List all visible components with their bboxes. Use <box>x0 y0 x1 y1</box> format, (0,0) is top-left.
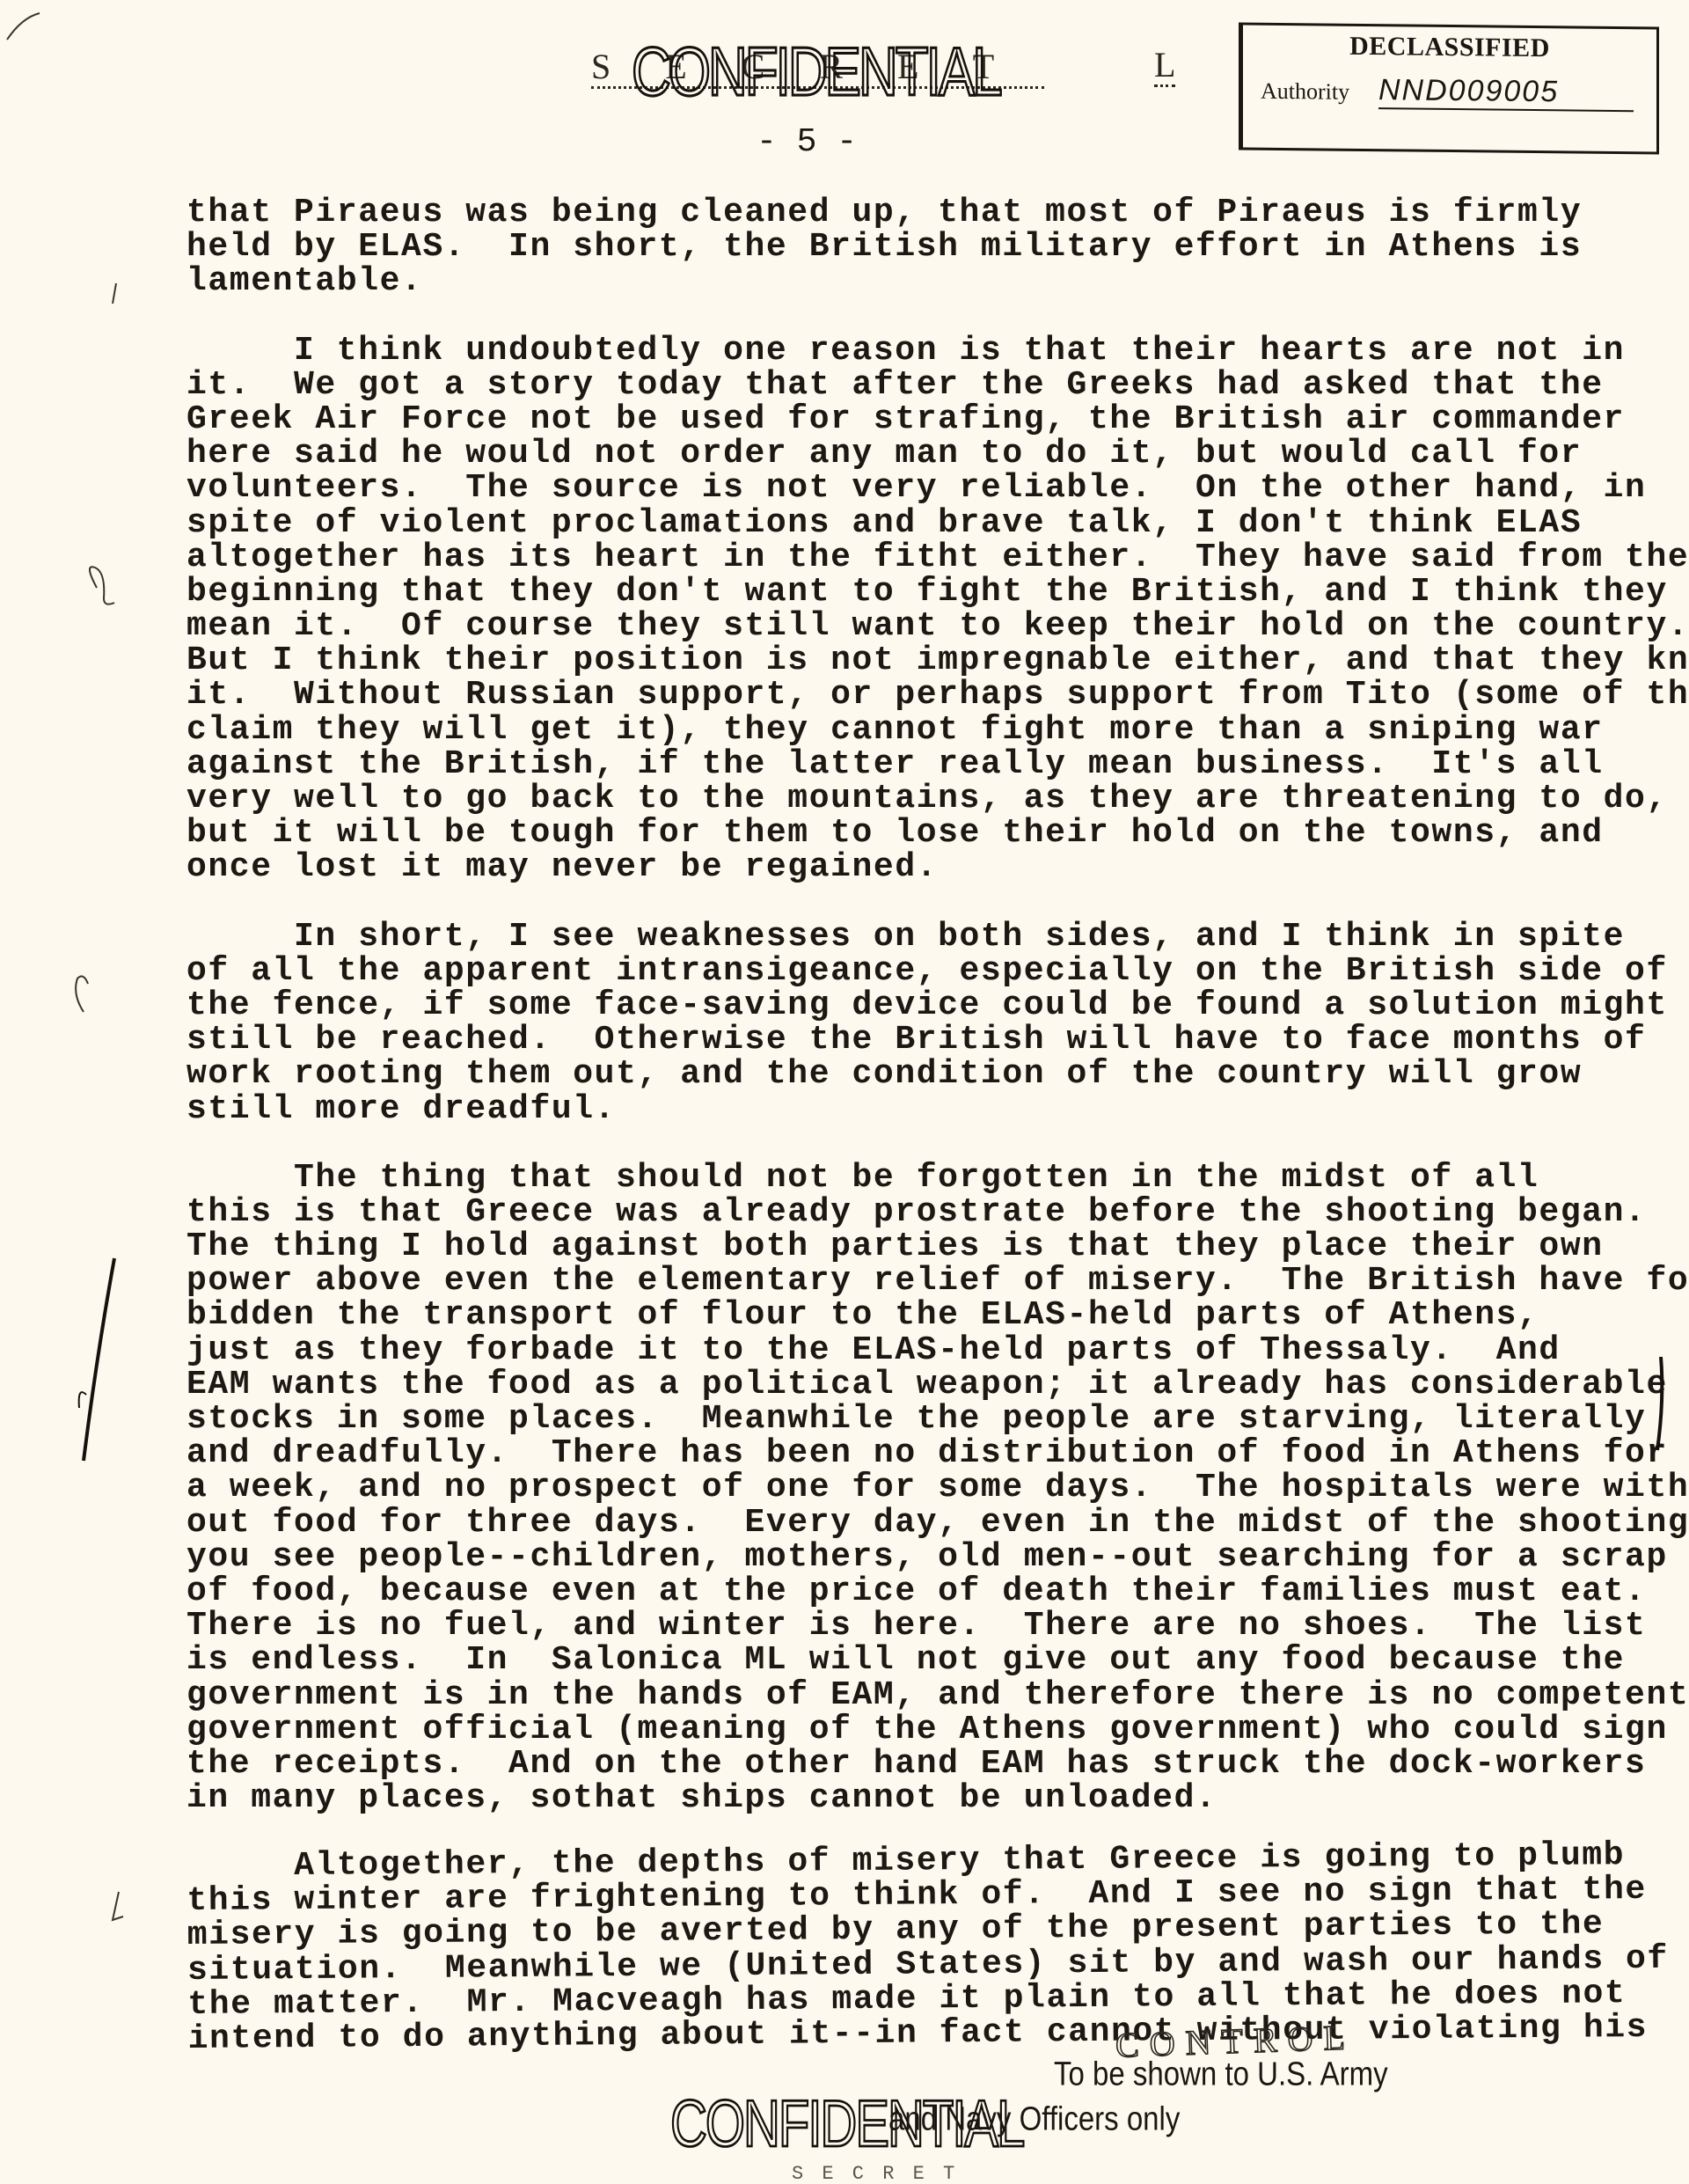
text-line: is endless. In Salonica ML will not give… <box>186 1643 1689 1677</box>
text-line: once lost it may never be regained. <box>186 850 1689 884</box>
paragraph-5: Altogether, the depths of misery that Gr… <box>186 1838 1689 2057</box>
text-line: mean it. Of course they still want to ke… <box>186 609 1689 643</box>
typed-classification-end: L <box>1154 46 1175 87</box>
text-line: you see people--children, mothers, old m… <box>186 1540 1689 1574</box>
text-line: still more dreadful. <box>186 1092 1689 1126</box>
text-line: government official (meaning of the Athe… <box>186 1712 1689 1747</box>
text-line: But I think their position is not impreg… <box>186 643 1689 678</box>
distribution-notice-line1: To be shown to U.S. Army <box>1054 2055 1388 2093</box>
text-line: bidden the transport of flour to the ELA… <box>186 1298 1689 1332</box>
confidential-stamp-top: CONFIDENTIAL <box>632 33 1000 112</box>
authority-label: Authority <box>1261 78 1349 106</box>
text-line: altogether has its heart in the fitht ei… <box>186 540 1689 575</box>
text-line: the receipts. And on the other hand EAM … <box>186 1747 1689 1781</box>
document-body: that Piraeus was being cleaned up, that … <box>186 195 1689 2056</box>
text-line: it. Without Russian support, or perhaps … <box>186 678 1689 712</box>
text-line: spite of violent proclamations and brave… <box>186 506 1689 540</box>
text-line: lamentable. <box>186 264 1689 298</box>
text-line: the fence, if some face-saving device co… <box>186 988 1689 1022</box>
faint-typed-footer: S E C R E T <box>792 2163 958 2184</box>
paragraph-1: that Piraeus was being cleaned up, that … <box>186 195 1689 299</box>
text-line: it. We got a story today that after the … <box>186 368 1689 402</box>
text-line: here said he would not order any man to … <box>186 436 1689 471</box>
text-line: this is that Greece was already prostrat… <box>186 1195 1689 1229</box>
text-line: work rooting them out, and the condition… <box>186 1057 1689 1091</box>
text-line: of food, because even at the price of de… <box>186 1574 1689 1609</box>
text-line: claim they will get it), they cannot fig… <box>186 713 1689 747</box>
text-line: just as they forbade it to the ELAS-held… <box>186 1333 1689 1367</box>
text-line: still be reached. Otherwise the British … <box>186 1022 1689 1057</box>
text-line: In short, I see weaknesses on both sides… <box>186 920 1689 954</box>
text-line: There is no fuel, and winter is here. Th… <box>186 1609 1689 1643</box>
text-line: but it will be tough for them to lose th… <box>186 816 1689 850</box>
text-line: The thing that should not be forgotten i… <box>186 1161 1689 1195</box>
paragraph-3: In short, I see weaknesses on both sides… <box>186 920 1689 1126</box>
text-line: The thing I hold against both parties is… <box>186 1229 1689 1264</box>
text-line: power above even the elementary relief o… <box>186 1264 1689 1298</box>
text-line: government is in the hands of EAM, and t… <box>186 1678 1689 1712</box>
text-line: held by ELAS. In short, the British mili… <box>186 230 1689 264</box>
text-line: EAM wants the food as a political weapon… <box>186 1367 1689 1402</box>
text-line: stocks in some places. Meanwhile the peo… <box>186 1402 1689 1436</box>
text-line: in many places, sothat ships cannot be u… <box>186 1781 1689 1815</box>
declassified-stamp: DECLASSIFIED Authority NND009005 <box>1239 22 1659 154</box>
text-line: a week, and no prospect of one for some … <box>186 1470 1689 1505</box>
text-line: Greek Air Force not be used for strafing… <box>186 402 1689 436</box>
page-number: - 5 - <box>757 123 857 161</box>
document-page: S E C R E T L CONFIDENTIAL - 5 - DECLASS… <box>0 0 1689 2184</box>
text-line: out food for three days. Every day, even… <box>186 1506 1689 1540</box>
distribution-notice-line2: and Navy Officers only <box>888 2100 1180 2138</box>
text-line: against the British, if the latter reall… <box>186 747 1689 781</box>
paragraph-4: The thing that should not be forgotten i… <box>186 1161 1689 1816</box>
paragraph-2: I think undoubtedly one reason is that t… <box>186 333 1689 885</box>
text-line: and dreadfully. There has been no distri… <box>186 1436 1689 1470</box>
authority-value: NND009005 <box>1378 72 1634 112</box>
text-line: that Piraeus was being cleaned up, that … <box>186 195 1689 230</box>
text-line: I think undoubtedly one reason is that t… <box>186 333 1689 368</box>
text-line: volunteers. The source is not very relia… <box>186 471 1689 505</box>
text-line: of all the apparent intransigeance, espe… <box>186 954 1689 988</box>
declassified-title: DECLASSIFIED <box>1243 31 1656 65</box>
text-line: beginning that they don't want to fight … <box>186 575 1689 609</box>
text-line: very well to go back to the mountains, a… <box>186 781 1689 816</box>
